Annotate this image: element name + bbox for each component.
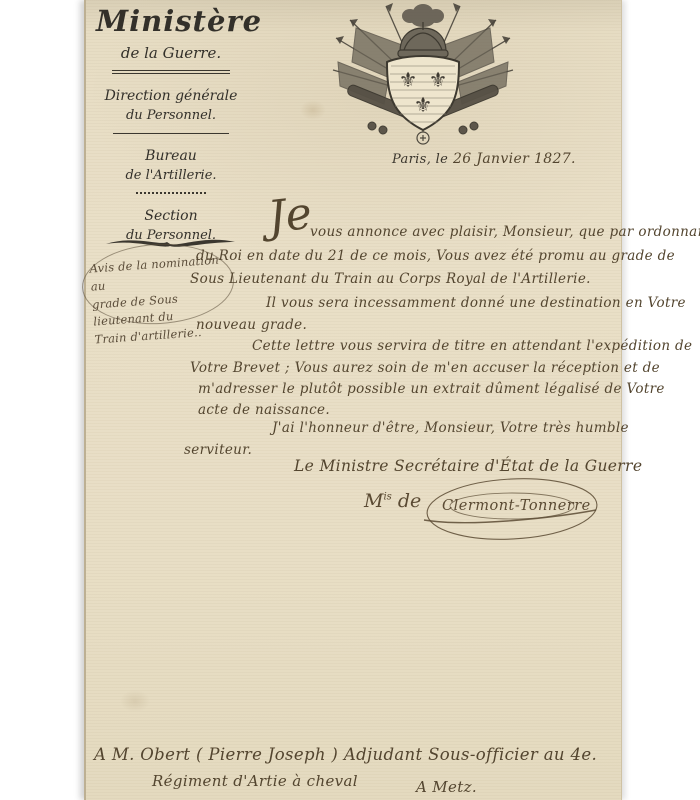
letterhead-dotted-rule xyxy=(136,192,206,194)
letterhead-bureau: Bureau xyxy=(96,148,246,164)
letter-line: acte de naissance. xyxy=(198,402,330,418)
signature-block: Mis de Clermont-Tonnerre xyxy=(364,476,599,548)
letter-line: Sous Lieutenant du Train au Corps Royal … xyxy=(190,271,591,287)
letterhead-rule xyxy=(113,133,229,134)
letter-line: Cette lettre vous servira de titre en at… xyxy=(252,338,692,354)
letter-line: du Roi en date du 21 de ce mois, Vous av… xyxy=(196,248,675,264)
letter-line: nouveau grade. xyxy=(196,317,307,333)
fleur-de-lis-icon: ⚜ xyxy=(414,93,433,117)
margin-note: Avis de la nomination au grade de Sous l… xyxy=(89,252,227,350)
signature-name: Clermont-Tonnerre xyxy=(442,498,591,514)
dateline-printed: Paris, le xyxy=(392,152,448,167)
address-line: A Metz. xyxy=(416,778,477,796)
fleur-de-lis-icon: ⚜ xyxy=(399,68,418,92)
dateline: Paris, le 26 Janvier 1827. xyxy=(392,151,576,167)
letter-line: Il vous sera incessamment donné une dest… xyxy=(266,295,686,311)
address-line: Régiment d'Artie à cheval xyxy=(152,772,358,790)
letterhead-section: Section xyxy=(96,208,246,224)
drop-cap-initial: Je xyxy=(265,188,314,243)
royal-coat-of-arms: ⚜ ⚜ ⚜ xyxy=(328,0,518,150)
minister-title-line: Le Ministre Secrétaire d'État de la Guer… xyxy=(294,457,642,475)
letter-line: Votre Brevet ; Vous aurez soin de m'en a… xyxy=(190,360,660,376)
letterhead-direction: Direction générale xyxy=(96,88,246,104)
letterhead-bureau-sub: de l'Artillerie. xyxy=(96,168,246,183)
letter-line: vous annonce avec plaisir, Monsieur, que… xyxy=(310,224,700,240)
letterhead: Ministère de la Guerre. Direction généra… xyxy=(96,6,246,243)
letter-line: m'adresser le plutôt possible un extrait… xyxy=(198,381,665,397)
letterhead-double-rule xyxy=(112,70,230,74)
letterhead-ministry: Ministère xyxy=(96,6,246,38)
letterhead-direction-sub: du Personnel. xyxy=(96,108,246,123)
address-line: A M. Obert ( Pierre Joseph ) Adjudant So… xyxy=(94,745,597,764)
signature-prefix: Mis de xyxy=(364,490,421,512)
letter-line: J'ai l'honneur d'être, Monsieur, Votre t… xyxy=(272,420,629,436)
fleur-de-lis-icon: ⚜ xyxy=(429,68,448,92)
letterhead-ministry-sub: de la Guerre. xyxy=(96,44,246,62)
dateline-handwritten: 26 Janvier 1827. xyxy=(453,151,576,167)
scanned-letter: Ministère de la Guerre. Direction généra… xyxy=(0,0,700,800)
letter-line: serviteur. xyxy=(184,442,252,458)
